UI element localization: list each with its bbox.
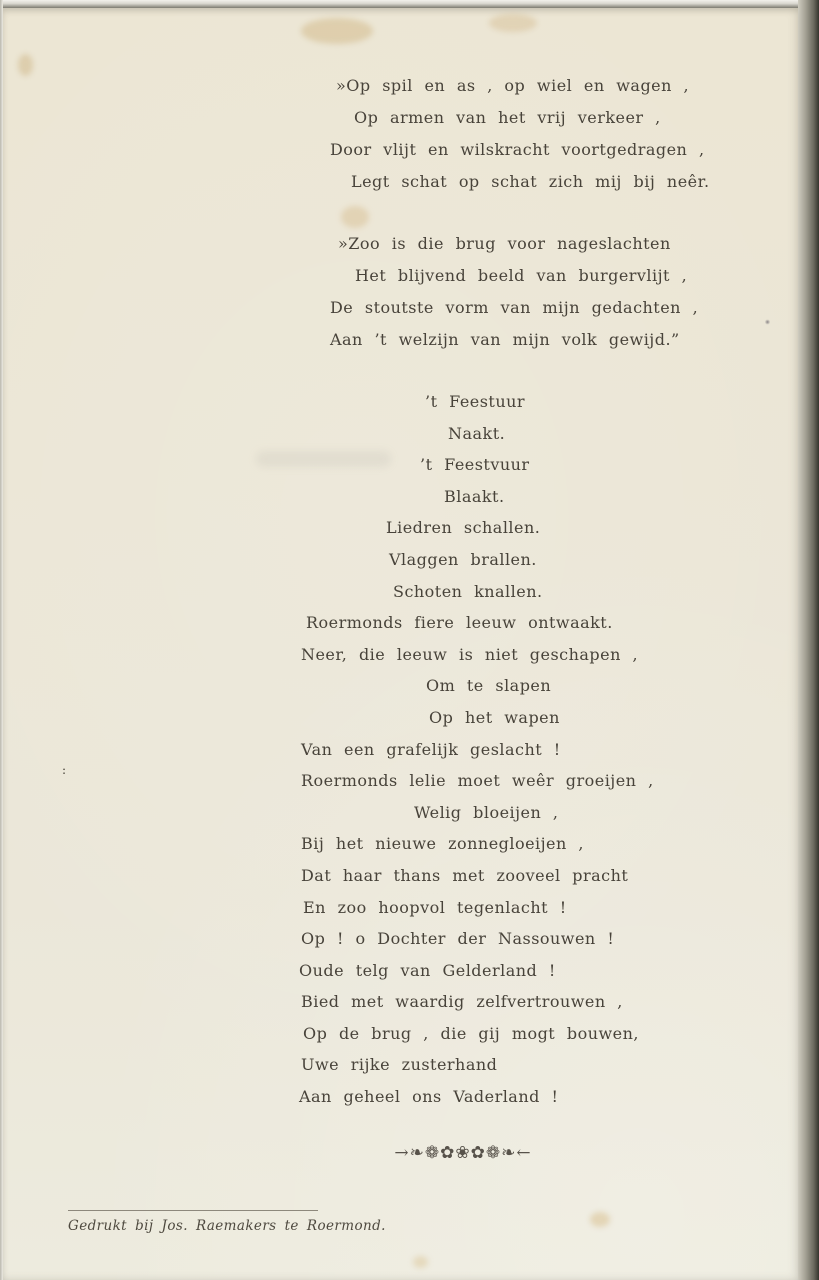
poem-line: Aan geheel ons Vaderland ! [299, 1081, 779, 1113]
poem-line: Bij het nieuwe zonnegloeijen , [301, 828, 779, 860]
poem-line: ’t Feestvuur [420, 449, 779, 481]
scan-edge-right [798, 0, 819, 1280]
foxing-stain [590, 1212, 610, 1227]
poem-line: Van een grafelijk geslacht ! [301, 734, 779, 766]
poem-line: Op ! o Dochter der Nassouwen ! [301, 923, 779, 955]
ink-speck [765, 319, 770, 325]
poem-line: ’t Feestuur [425, 386, 779, 418]
poem-line: Aan ’t welzijn van mijn volk gewijd.” [330, 324, 779, 356]
foxing-stain [489, 14, 537, 32]
poem-line: Oude telg van Gelderland ! [299, 955, 779, 987]
poem-line: Op het wapen [429, 702, 779, 734]
poem-line: Op armen van het vrij verkeer , [354, 102, 779, 134]
poem-line: Welig bloeijen , [414, 797, 779, 829]
poem-line: Bied met waardig zelfvertrouwen , [301, 986, 779, 1018]
poem-line: Uwe rijke zusterhand [301, 1049, 779, 1081]
scan-edge-top [0, 0, 819, 8]
poem-line: »Zoo is die brug voor nageslachten [338, 228, 779, 260]
poem-line: Het blijvend beeld van burgervlijt , [355, 260, 779, 292]
poem-line: Neer, die leeuw is niet geschapen , [301, 639, 779, 671]
foxing-stain [413, 1256, 428, 1268]
poem-line: Door vlijt en wilskracht voortgedragen , [330, 134, 779, 166]
ornament-divider: →❧❁✿❀✿❁❧← [363, 1136, 563, 1170]
poem-line: Op de brug , die gij mogt bouwen, [303, 1018, 779, 1050]
printer-imprint: Gedrukt bij Jos. Raemakers te Roermond. [68, 1210, 318, 1234]
poem-line: Roermonds lelie moet weêr groeijen , [301, 765, 779, 797]
foxing-stain [18, 54, 33, 76]
stanza-2: »Zoo is die brug voor nageslachtenHet bl… [299, 228, 779, 356]
foxing-stain [301, 18, 373, 44]
poem-line: Naakt. [448, 418, 779, 450]
poem-line: De stoutste vorm van mijn gedachten , [330, 292, 779, 324]
poem-line: Schoten knallen. [393, 576, 779, 608]
poem-line: Blaakt. [444, 481, 779, 513]
poem-line: »Op spil en as , op wiel en wagen , [336, 70, 779, 102]
poem-line: Dat haar thans met zooveel pracht [301, 860, 779, 892]
ink-mark: : [62, 763, 66, 777]
poem-line: Vlaggen brallen. [389, 544, 779, 576]
poem-line: Liedren schallen. [386, 512, 779, 544]
paper-sheet: »Op spil en as , op wiel en wagen ,Op ar… [3, 8, 800, 1280]
scanned-page: »Op spil en as , op wiel en wagen ,Op ar… [0, 0, 819, 1280]
poem-line: En zoo hoopvol tegenlacht ! [303, 892, 779, 924]
poem-line: Om te slapen [426, 670, 779, 702]
poem-line: Roermonds fiere leeuw ontwaakt. [306, 607, 779, 639]
show-through-smudge [256, 451, 391, 467]
stanza-1: »Op spil en as , op wiel en wagen ,Op ar… [299, 70, 779, 198]
stanza-3: ’t FeestuurNaakt.’t FeestvuurBlaakt.Lied… [299, 386, 779, 1113]
scan-edge-left [0, 0, 3, 1280]
foxing-stain [341, 206, 369, 228]
poem-line: Legt schat op schat zich mij bij neêr. [351, 166, 779, 198]
